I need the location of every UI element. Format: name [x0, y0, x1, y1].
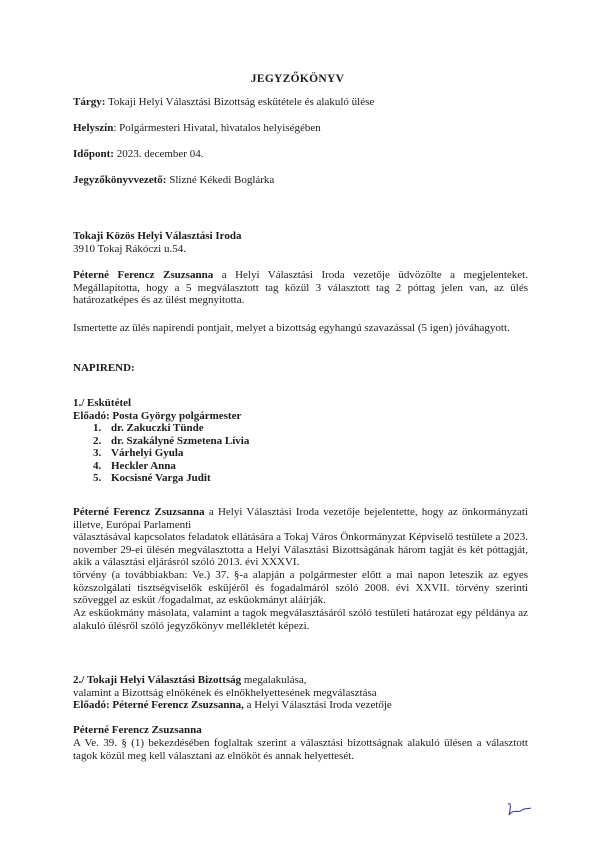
meta-label: Jegyzőkönyvvezető:	[73, 174, 166, 186]
meta-subject: Tárgy: Tokaji Helyi Választási Bizottság…	[73, 96, 528, 109]
document-title: JEGYZŐKÖNYV	[0, 73, 595, 85]
document-page: JEGYZŐKÖNYV Tárgy: Tokaji Helyi Választá…	[0, 0, 595, 842]
meta-label: Tárgy:	[73, 96, 105, 108]
agenda-heading: NAPIREND:	[73, 362, 528, 375]
speaker-name: Péterné Ferencz Zsuzsanna	[73, 269, 213, 281]
meta-value: Slizné Kékedi Boglárka	[166, 174, 274, 186]
announcement-paragraph-3: törvény (a továbbiakban: Ve.) 37. §-a al…	[73, 569, 528, 607]
list-item: 2.dr. Szakályné Szmetena Lívia	[93, 435, 249, 448]
item2-title: 2./ Tokaji Helyi Választási Bizottság	[73, 674, 241, 686]
meta-location: Helyszín: Polgármesteri Hivatal, hivatal…	[73, 122, 528, 135]
item2-header: 2./ Tokaji Helyi Választási Bizottság me…	[73, 674, 528, 712]
list-item: 1.dr. Zakuczki Tünde	[93, 422, 249, 435]
meta-label: Időpont:	[73, 148, 114, 160]
item1-presenter: Előadó: Posta György polgármester	[73, 410, 241, 422]
meta-recorder: Jegyzőkönyvvezető: Slizné Kékedi Boglárk…	[73, 174, 528, 187]
office-block: Tokaji Közös Helyi Választási Iroda 3910…	[73, 230, 528, 255]
announcement-paragraph-2: választásával kapcsolatos feladatok ellá…	[73, 531, 528, 569]
item1-header: 1./ Eskütétel Előadó: Posta György polgá…	[73, 397, 528, 422]
item2-paragraph: A Ve. 39. § (1) bekezdésében foglaltak s…	[73, 737, 528, 762]
announcement-paragraph: Péterné Ferencz Zsuzsanna a Helyi Válasz…	[73, 506, 528, 531]
meta-date: Időpont: 2023. december 04.	[73, 148, 528, 161]
speaker-name: Péterné Ferencz Zsuzsanna	[73, 506, 205, 518]
meta-value: : Polgármesteri Hivatal, hivatalos helyi…	[113, 122, 320, 134]
meta-label: Helyszín	[73, 122, 113, 134]
list-item: 3.Várhelyi Gyula	[93, 447, 249, 460]
office-address: 3910 Tokaj Rákóczi u.54.	[73, 243, 528, 256]
announcement-paragraph-4: Az esküokmány másolata, valamint a tagok…	[73, 607, 528, 632]
office-name: Tokaji Közös Helyi Választási Iroda	[73, 230, 241, 242]
meta-value: 2023. december 04.	[114, 148, 204, 160]
members-list: 1.dr. Zakuczki Tünde 2.dr. Szakályné Szm…	[93, 422, 249, 485]
list-item: 4.Heckler Anna	[93, 460, 249, 473]
agenda-intro: Ismertette az ülés napirendi pontjait, m…	[73, 322, 528, 335]
meta-value: Tokaji Helyi Választási Bizottság esküté…	[105, 96, 374, 108]
item2-presenter: Előadó: Péterné Ferencz Zsuzsanna,	[73, 699, 244, 711]
item1-title: 1./ Eskütétel	[73, 397, 131, 409]
opening-paragraph: Péterné Ferencz Zsuzsanna a Helyi Válasz…	[73, 269, 528, 307]
signature-initial-icon	[500, 800, 540, 820]
list-item: 5.Kocsisné Varga Judit	[93, 472, 249, 485]
item2-speaker: Péterné Ferencz Zsuzsanna	[73, 724, 528, 737]
